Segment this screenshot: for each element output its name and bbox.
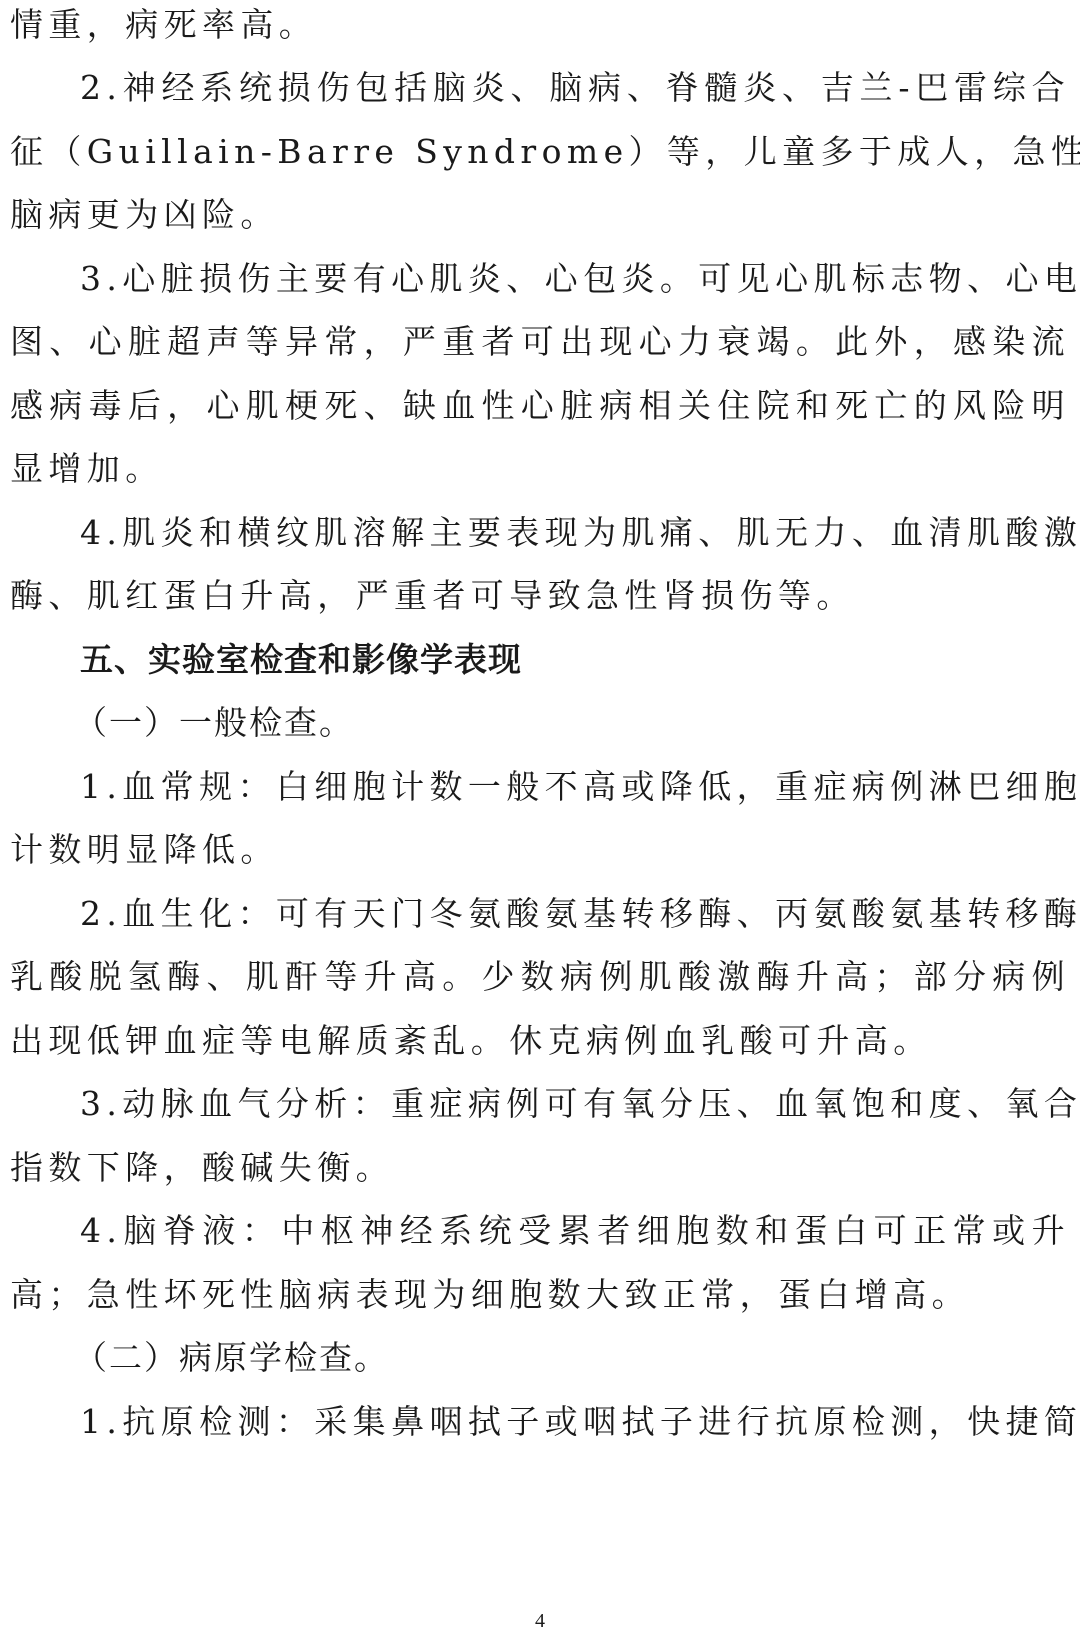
text-line: 指数下降，酸碱失衡。	[10, 1143, 1070, 1193]
text-line: 显增加。	[10, 444, 1070, 494]
text-line: 计数明显降低。	[10, 825, 1070, 875]
subsection-heading: （二）病原学检查。	[74, 1333, 1064, 1383]
text-line: 感病毒后，心肌梗死、缺血性心脏病相关住院和死亡的风险明	[10, 381, 1070, 431]
document-page: 情重，病死率高。2.神经系统损伤包括脑炎、脑病、脊髓炎、吉兰-巴雷综合征（Gui…	[0, 0, 1080, 1648]
page-number: 4	[0, 1610, 1080, 1633]
text-line: 4.脑脊液：中枢神经系统受累者细胞数和蛋白可正常或升	[80, 1206, 1070, 1256]
text-line: 乳酸脱氢酶、肌酐等升高。少数病例肌酸激酶升高；部分病例	[10, 952, 1070, 1002]
text-line: 高；急性坏死性脑病表现为细胞数大致正常，蛋白增高。	[10, 1270, 1070, 1320]
text-line: 出现低钾血症等电解质紊乱。休克病例血乳酸可升高。	[10, 1016, 1070, 1066]
text-line: 2.神经系统损伤包括脑炎、脑病、脊髓炎、吉兰-巴雷综合	[80, 63, 1070, 113]
text-line: 征（Guillain-Barre Syndrome）等，儿童多于成人，急性坏死性	[10, 127, 1070, 177]
text-line: 1.抗原检测：采集鼻咽拭子或咽拭子进行抗原检测，快捷简	[80, 1397, 1070, 1447]
text-line: 2.血生化：可有天门冬氨酸氨基转移酶、丙氨酸氨基转移酶、	[80, 889, 1070, 939]
text-line: 1.血常规：白细胞计数一般不高或降低，重症病例淋巴细胞	[80, 762, 1070, 812]
subsection-heading: （一）一般检查。	[74, 698, 1064, 748]
section-heading: 五、实验室检查和影像学表现	[80, 635, 1070, 685]
text-line: 脑病更为凶险。	[10, 190, 1070, 240]
text-line: 酶、肌红蛋白升高，严重者可导致急性肾损伤等。	[10, 571, 1070, 621]
text-line: 3.心脏损伤主要有心肌炎、心包炎。可见心肌标志物、心电	[80, 254, 1070, 304]
text-line: 情重，病死率高。	[10, 0, 1070, 50]
text-line: 4.肌炎和横纹肌溶解主要表现为肌痛、肌无力、血清肌酸激	[80, 508, 1070, 558]
text-line: 3.动脉血气分析：重症病例可有氧分压、血氧饱和度、氧合	[80, 1079, 1070, 1129]
text-line: 图、心脏超声等异常，严重者可出现心力衰竭。此外，感染流	[10, 317, 1070, 367]
